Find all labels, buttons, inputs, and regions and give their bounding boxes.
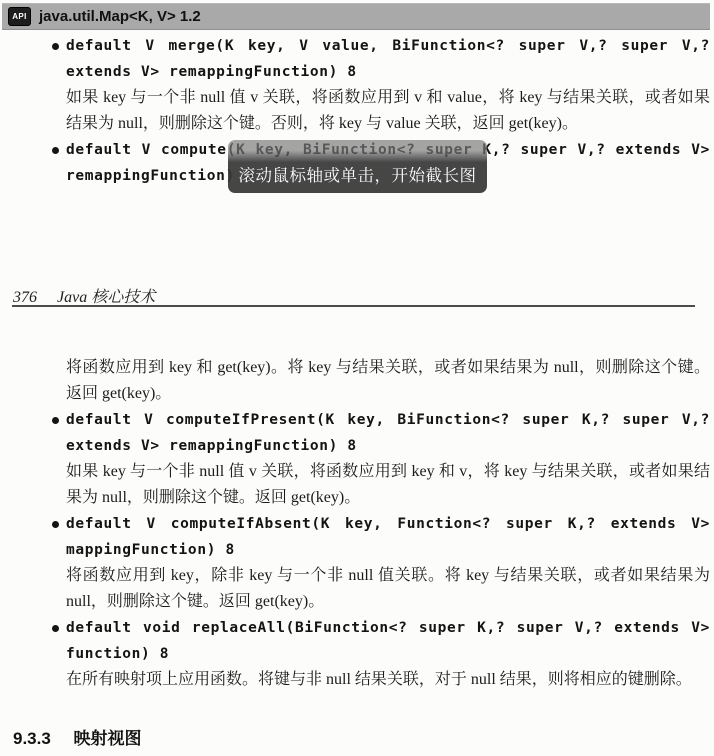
section-number: 9.3.3 xyxy=(13,729,51,748)
method-description: 在所有映射项上应用函数。将键与非 null 结果关联，对于 null 结果，则将… xyxy=(66,667,710,693)
bullet-icon xyxy=(52,147,59,154)
method-signature: default V merge(K key, V value, BiFuncti… xyxy=(66,33,710,85)
section-heading: 9.3.3 映射视图 xyxy=(13,724,142,749)
api-method-entry: default void replaceAll(BiFunction<? sup… xyxy=(52,615,710,693)
method-signature: default V computeIfPresent(K key, BiFunc… xyxy=(66,407,710,459)
api-method-list-bottom: 将函数应用到 key 和 get(key)。将 key 与结果关联，或者如果结果… xyxy=(52,355,710,693)
section-title: 映射视图 xyxy=(74,729,142,748)
api-badge-icon: API xyxy=(8,7,31,26)
bullet-icon xyxy=(52,43,59,50)
api-note-header: API java.util.Map<K, V> 1.2 xyxy=(2,3,710,30)
method-description-carryover: 将函数应用到 key 和 get(key)。将 key 与结果关联，或者如果结果… xyxy=(66,355,710,407)
screenshot-capture-tooltip-text: 滚动鼠标轴或单击，开始截长图 xyxy=(239,162,477,186)
method-signature: default V computeIfAbsent(K key, Functio… xyxy=(66,511,710,563)
page-number: 376 xyxy=(13,289,37,306)
screenshot-capture-tooltip: 滚动鼠标轴或单击，开始截长图 xyxy=(228,140,487,193)
method-signature: default void replaceAll(BiFunction<? sup… xyxy=(66,615,710,667)
api-method-entry: default V computeIfPresent(K key, BiFunc… xyxy=(52,407,710,511)
api-method-entry: default V computeIfAbsent(K key, Functio… xyxy=(52,511,710,615)
api-method-entry: default V merge(K key, V value, BiFuncti… xyxy=(52,33,710,137)
bullet-icon xyxy=(52,417,59,424)
bullet-icon xyxy=(52,625,59,632)
api-note-title: java.util.Map<K, V> 1.2 xyxy=(39,8,201,25)
header-rule xyxy=(12,305,695,307)
method-description: 将函数应用到 key，除非 key 与一个非 null 值关联。将 key 与结… xyxy=(66,563,710,615)
method-description: 如果 key 与一个非 null 值 v 关联，将函数应用到 v 和 value… xyxy=(66,85,710,137)
book-page: API java.util.Map<K, V> 1.2 default V me… xyxy=(0,0,714,756)
method-description: 如果 key 与一个非 null 值 v 关联，将函数应用到 key 和 v，将… xyxy=(66,459,710,511)
book-title: Java 核心技术 xyxy=(57,289,155,306)
bullet-icon xyxy=(52,521,59,528)
running-page-header: 376 Java 核心技术 xyxy=(13,284,155,307)
